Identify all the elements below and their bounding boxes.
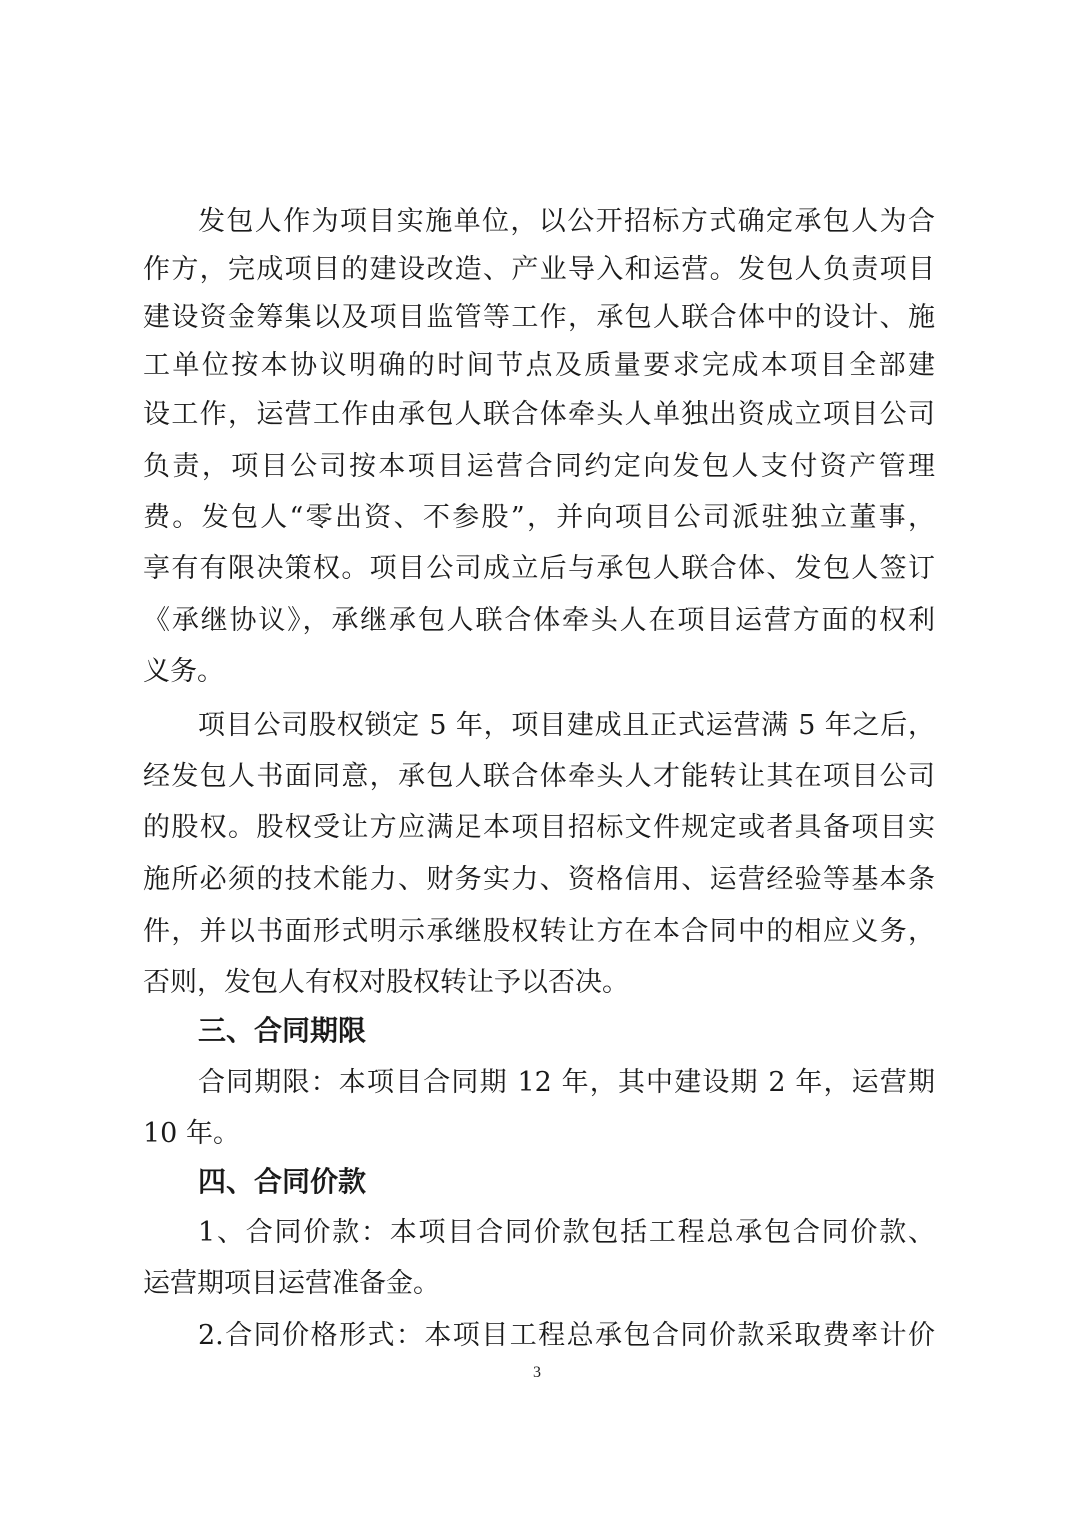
paragraph-line: 的股权。股权受让方应满足本项目招标文件规定或者具备项目实 xyxy=(143,808,935,848)
paragraph-line: 10 年。 xyxy=(143,1114,935,1154)
paragraph-line: 2.合同价格形式：本项目工程总承包合同价款采取费率计价 xyxy=(198,1316,935,1356)
paragraph-line: 施所必须的技术能力、财务实力、资格信用、运营经验等基本条 xyxy=(143,860,935,900)
paragraph-line: 《承继协议》，承继承包人联合体牵头人在项目运营方面的权利 xyxy=(143,601,935,641)
document-page: 发包人作为项目实施单位，以公开招标方式确定承包人为合 作方，完成项目的建设改造、… xyxy=(0,0,1074,1520)
paragraph-line: 经发包人书面同意，承包人联合体牵头人才能转让其在项目公司 xyxy=(143,757,935,797)
paragraph-line: 设工作，运营工作由承包人联合体牵头人单独出资成立项目公司 xyxy=(143,395,935,435)
paragraph-line: 建设资金筹集以及项目监管等工作，承包人联合体中的设计、施 xyxy=(143,298,935,338)
section-heading-contract-price: 四、合同价款 xyxy=(198,1162,366,1202)
paragraph-line: 义务。 xyxy=(143,652,935,692)
paragraph-line: 享有有限决策权。项目公司成立后与承包人联合体、发包人签订 xyxy=(143,549,935,589)
paragraph-line: 运营期项目运营准备金。 xyxy=(143,1264,935,1304)
paragraph-line: 负责，项目公司按本项目运营合同约定向发包人支付资产管理 xyxy=(143,447,935,487)
paragraph-line: 合同期限：本项目合同期 12 年，其中建设期 2 年，运营期 xyxy=(198,1063,935,1103)
paragraph-line: 项目公司股权锁定 5 年，项目建成且正式运营满 5 年之后， xyxy=(198,706,935,746)
paragraph-line: 1、合同价款：本项目合同价款包括工程总承包合同价款、 xyxy=(198,1213,935,1253)
paragraph-line: 件，并以书面形式明示承继股权转让方在本合同中的相应义务， xyxy=(143,912,935,952)
paragraph-line: 发包人作为项目实施单位，以公开招标方式确定承包人为合 xyxy=(198,202,935,242)
section-heading-contract-term: 三、合同期限 xyxy=(198,1011,366,1051)
paragraph-line: 否则，发包人有权对股权转让予以否决。 xyxy=(143,963,935,1003)
paragraph-line: 工单位按本协议明确的时间节点及质量要求完成本项目全部建 xyxy=(143,346,935,386)
paragraph-line: 费。发包人“零出资、不参股”，并向项目公司派驻独立董事， xyxy=(143,498,935,538)
paragraph-line: 作方，完成项目的建设改造、产业导入和运营。发包人负责项目 xyxy=(143,250,935,290)
page-number: 3 xyxy=(0,1364,1074,1382)
